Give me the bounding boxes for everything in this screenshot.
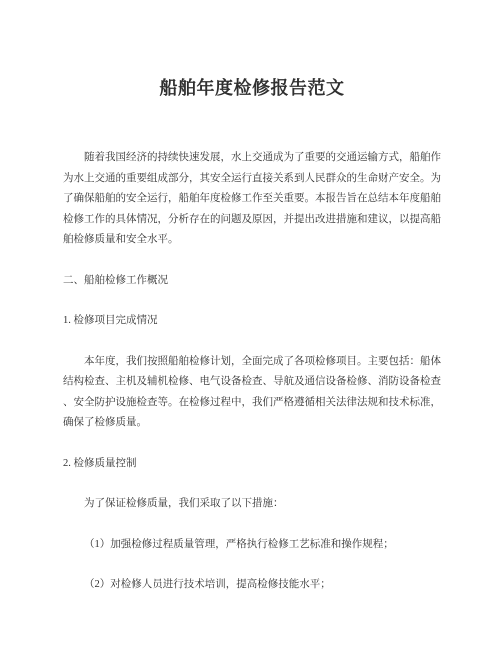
document-body: 随着我国经济的持续快速发展，水上交通成为了重要的交通运输方式，船舶作 为水上交通…: [63, 148, 441, 596]
sub-heading: 1. 检修项目完成情况: [63, 311, 441, 332]
document-page: 船舶年度检修报告范文 随着我国经济的持续快速发展，水上交通成为了重要的交通运输方…: [0, 0, 500, 647]
document-title: 船舶年度检修报告范文: [63, 76, 441, 100]
body-paragraph: （1）加强检修过程质量管理，严格执行检修工艺标准和操作规程；: [63, 535, 441, 556]
body-paragraph: （2）对检修人员进行技术培训，提高检修技能水平；: [63, 575, 441, 596]
body-paragraph: 本年度，我们按照船舶检修计划，全面完成了各项检修项目。主要包括：船体 结构检查、…: [63, 352, 441, 434]
body-paragraph: 随着我国经济的持续快速发展，水上交通成为了重要的交通运输方式，船舶作 为水上交通…: [63, 148, 441, 251]
body-paragraph: 为了保证检修质量，我们采取了以下措施：: [63, 494, 441, 515]
section-heading: 二、船舶检修工作概况: [63, 271, 441, 292]
sub-heading: 2. 检修质量控制: [63, 454, 441, 475]
